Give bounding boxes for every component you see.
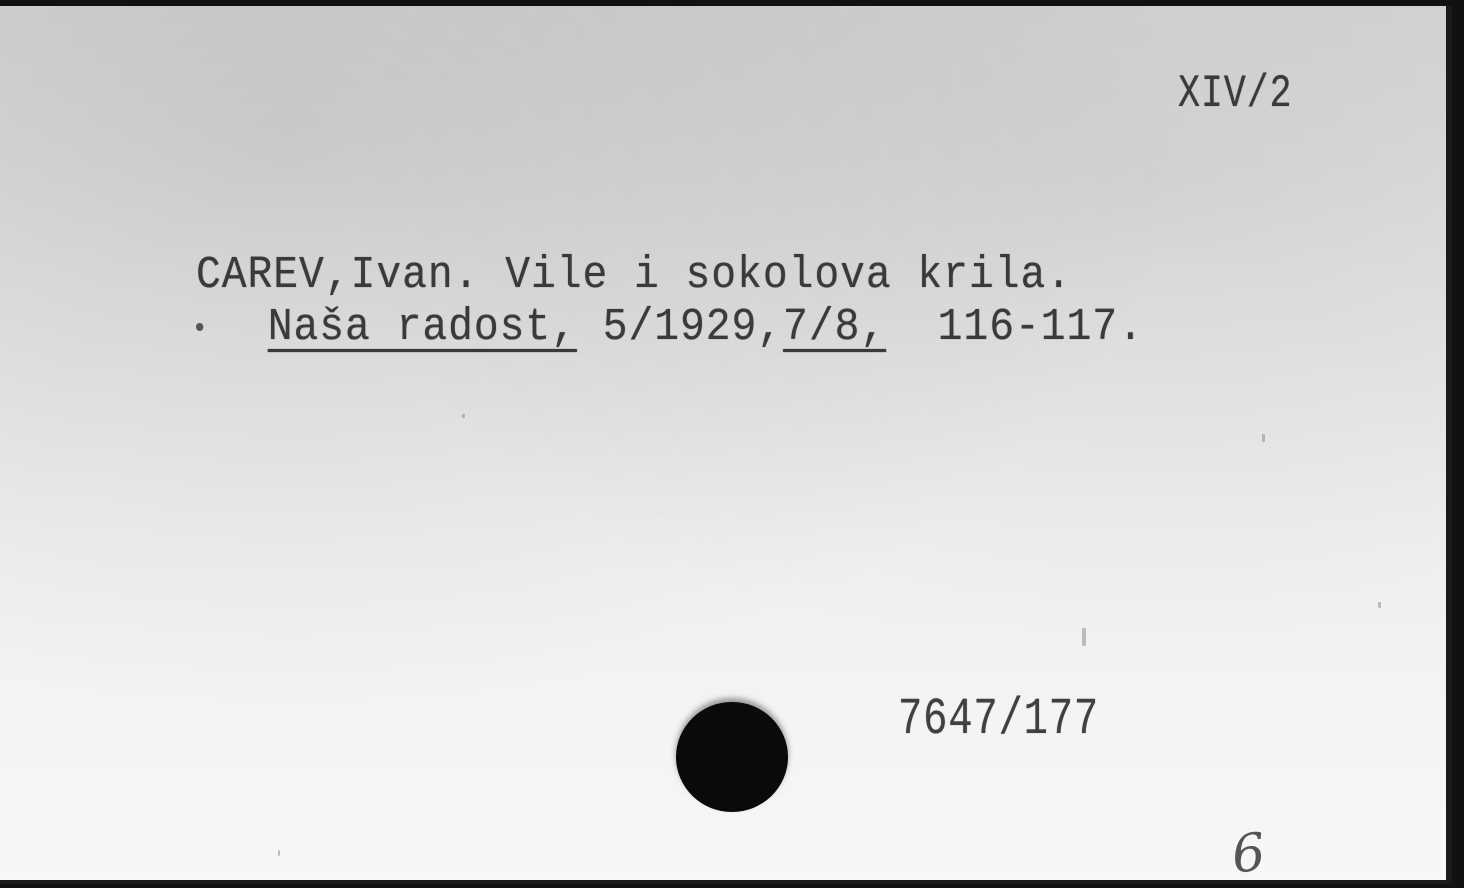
punch-hole — [676, 702, 788, 812]
paper-speck — [1262, 434, 1265, 442]
entry-author: CAREV,Ivan. — [196, 250, 479, 301]
entry-title: Vile i sokolova krila. — [505, 250, 1072, 301]
volume-year: 5/1929, — [603, 302, 783, 353]
catalog-card: XIV/2 CAREV,Ivan. Vile i sokolova krila.… — [0, 6, 1452, 884]
entry-citation: Naša radost, 5/1929,7/8, 116-117. — [196, 302, 1144, 353]
handwritten-mark: 6 — [1229, 822, 1268, 884]
paper-speck — [1082, 628, 1086, 646]
journal-name: Naša radost, — [268, 302, 577, 353]
accession-number: 7647/177 — [898, 690, 1099, 749]
paper-speck — [1378, 602, 1381, 608]
dot-mark — [196, 323, 203, 331]
page-range: 116-117. — [938, 302, 1144, 353]
paper-speck — [278, 850, 280, 856]
entry-author-title: CAREV,Ivan. Vile i sokolova krila. — [196, 250, 1072, 301]
paper-speck — [462, 414, 465, 418]
call-number: XIV/2 — [1178, 68, 1292, 120]
issue-number: 7/8, — [783, 302, 886, 353]
